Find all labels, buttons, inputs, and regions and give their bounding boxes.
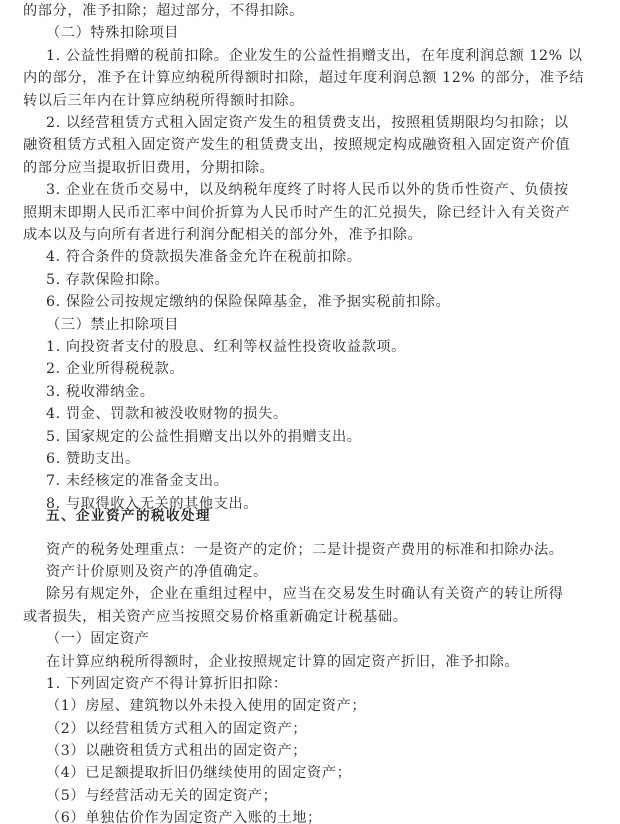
text-line: 1. 公益性捐赠的税前扣除。企业发生的公益性捐赠支出，在年度利润总额 12% 以 xyxy=(46,45,620,68)
text-line: 照期末即期人民币汇率中间价折算为人民币时产生的汇兑损失，除已经计入有关资产 xyxy=(23,202,620,225)
text-line: 3. 企业在货币交易中，以及纳税年度终了时将人民币以外的货币性资产、负债按 xyxy=(46,179,620,202)
text-line: 7. 未经核定的准备金支出。 xyxy=(46,470,620,493)
text-line: 成本以及与向所有者进行利润分配相关的部分外，准予扣除。 xyxy=(23,224,620,247)
text-line: 5. 存款保险扣除。 xyxy=(46,269,620,292)
text-line: （5）与经营活动无关的固定资产； xyxy=(46,785,620,808)
text-line: 5. 国家规定的公益性捐赠支出以外的捐赠支出。 xyxy=(46,426,620,449)
text-line: 4. 罚金、罚款和被没收财物的损失。 xyxy=(46,403,620,426)
text-line: （1）房屋、建筑物以外未投入使用的固定资产； xyxy=(46,695,620,718)
text-line: （一）固定资产 xyxy=(46,628,620,651)
text-line: 转以后三年内在计算应纳税所得额时扣除。 xyxy=(23,90,620,113)
text-line: 内的部分，准予在计算应纳税所得额时扣除，超过年度利润总额 12% 的部分，准予结 xyxy=(23,67,620,90)
text-line: 融资租赁方式租入固定资产发生的租赁费支出，按照规定构成融资租入固定资产价值 xyxy=(23,134,620,157)
section-heading: 五、企业资产的税收处理 xyxy=(46,505,620,528)
text-line: 除另有规定外，企业在重组过程中，应当在交易发生时确认有关资产的转让所得 xyxy=(46,583,620,606)
text-line: 资产计价原则及资产的净值确定。 xyxy=(46,561,620,584)
text-line: （二）特殊扣除项目 xyxy=(46,22,620,45)
text-line: 在计算应纳税所得额时，企业按照规定计算的固定资产折旧，准予扣除。 xyxy=(46,651,620,674)
text-line: 6. 保险公司按规定缴纳的保险保障基金，准予据实税前扣除。 xyxy=(46,291,620,314)
text-line: 4. 符合条件的贷款损失准备金允许在税前扣除。 xyxy=(46,246,620,269)
document-page: 的部分，准予扣除；超过部分，不得扣除。（二）特殊扣除项目1. 公益性捐赠的税前扣… xyxy=(0,0,620,824)
text-line: 3. 税收滞纳金。 xyxy=(46,381,620,404)
text-line: 的部分，准予扣除；超过部分，不得扣除。 xyxy=(23,0,620,23)
text-line: 1. 下列固定资产不得计算折旧扣除： xyxy=(46,673,620,696)
text-line: 2. 企业所得税税款。 xyxy=(46,358,620,381)
text-line: 1. 向投资者支付的股息、红利等权益性投资收益款项。 xyxy=(46,336,620,359)
text-line: （2）以经营租赁方式租入的固定资产； xyxy=(46,718,620,741)
text-line: 资产的税务处理重点：一是资产的定价；二是计提资产费用的标准和扣除办法。 xyxy=(46,539,620,562)
text-line: 的部分应当提取折旧费用，分期扣除。 xyxy=(23,157,620,180)
text-line: （4）已足额提取折旧仍继续使用的固定资产； xyxy=(46,762,620,785)
text-line: （三）禁止扣除项目 xyxy=(46,314,620,337)
text-line: （6）单独估价作为固定资产入账的土地； xyxy=(46,807,620,824)
text-line: 6. 赞助支出。 xyxy=(46,448,620,471)
text-line: 2. 以经营租赁方式租入固定资产发生的租赁费支出，按照租赁期限均匀扣除；以 xyxy=(46,112,620,135)
text-line: （3）以融资租赁方式租出的固定资产； xyxy=(46,740,620,763)
text-line: 或者损失，相关资产应当按照交易价格重新确定计税基础。 xyxy=(23,606,620,629)
